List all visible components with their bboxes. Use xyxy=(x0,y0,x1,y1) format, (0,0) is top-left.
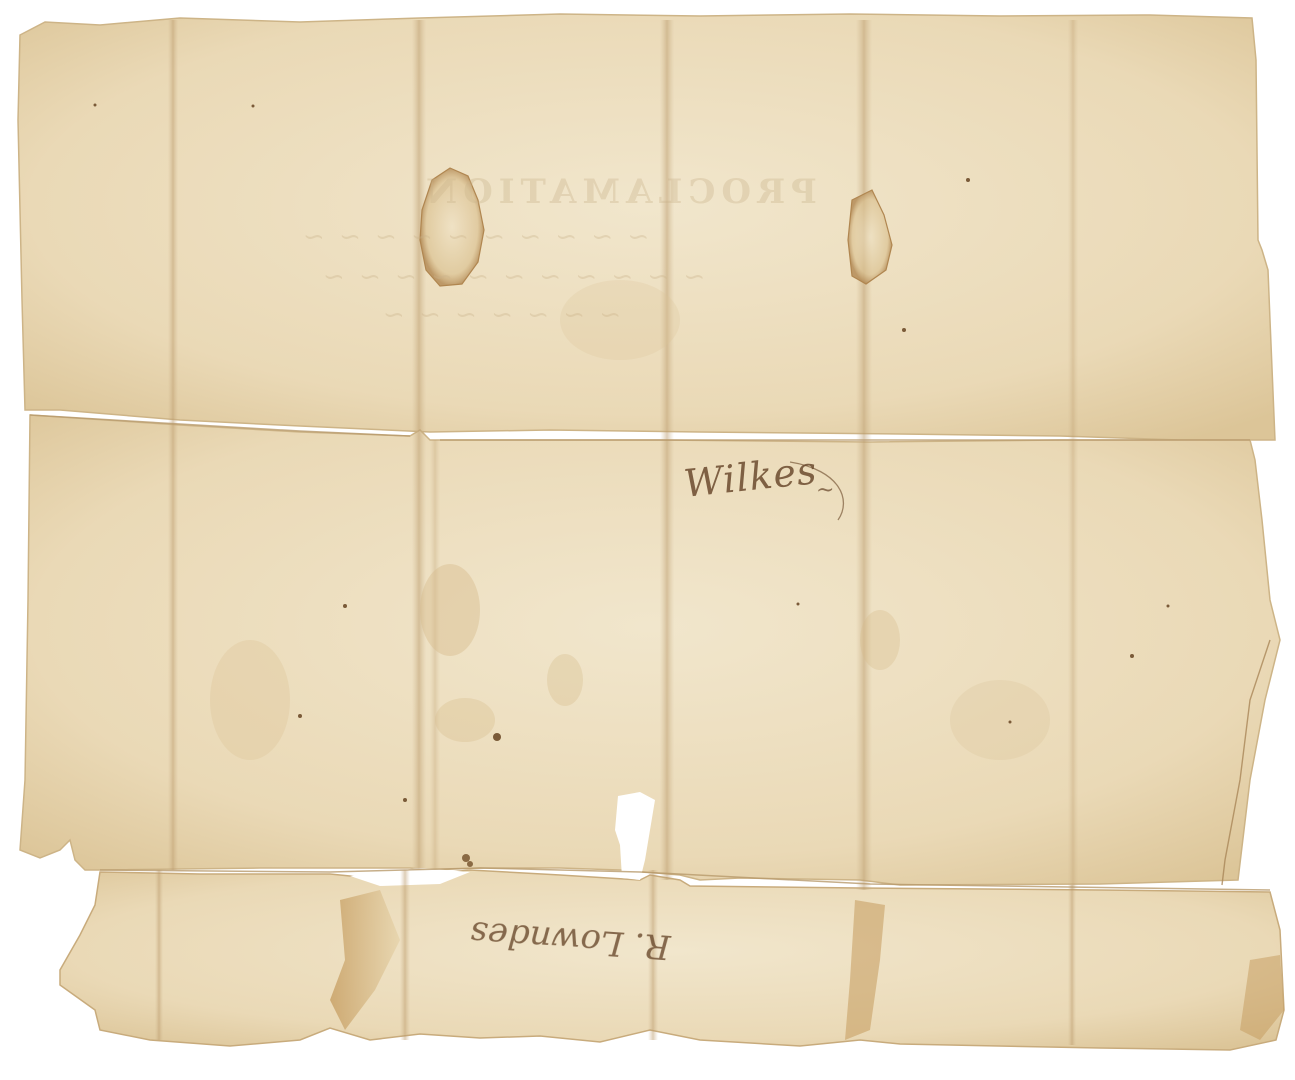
bleed-through-line: ~ ~ ~ ~ ~ ~ ~ ~ ~ ~ xyxy=(300,222,649,252)
document-photo: PROCLAMATION ~ ~ ~ ~ ~ ~ ~ ~ ~ ~ ~ ~ ~ ~… xyxy=(0,0,1295,1080)
bleed-through-heading: PROCLAMATION xyxy=(420,172,817,212)
paper-bottom-strip xyxy=(60,870,1284,1050)
bleed-through-line: ~ ~ ~ ~ ~ ~ ~ xyxy=(380,300,621,330)
folded-paper xyxy=(0,0,1295,1080)
bleed-through-line: ~ ~ ~ ~ ~ ~ ~ ~ ~ ~ ~ xyxy=(320,262,705,292)
